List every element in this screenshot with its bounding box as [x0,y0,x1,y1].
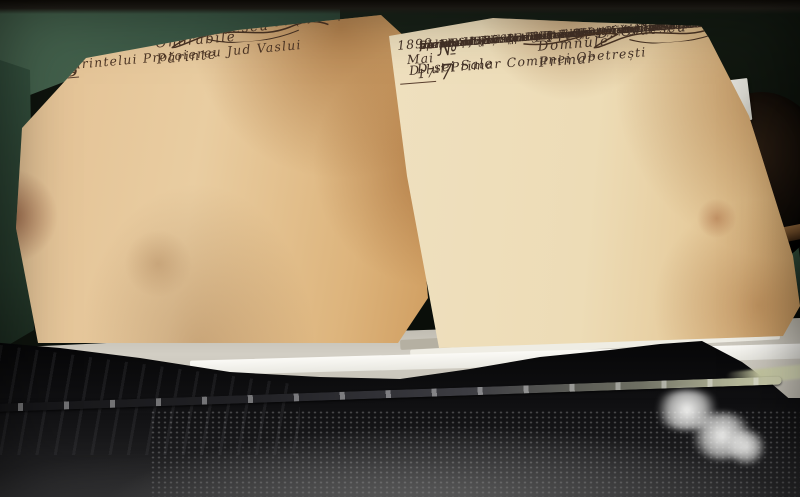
quill-feather-down [726,430,766,464]
case-frame-edge [0,0,800,14]
museum-display-photo: …VNIC … XIX (… Mihăileni) 1899 Februarie… [0,0,800,497]
